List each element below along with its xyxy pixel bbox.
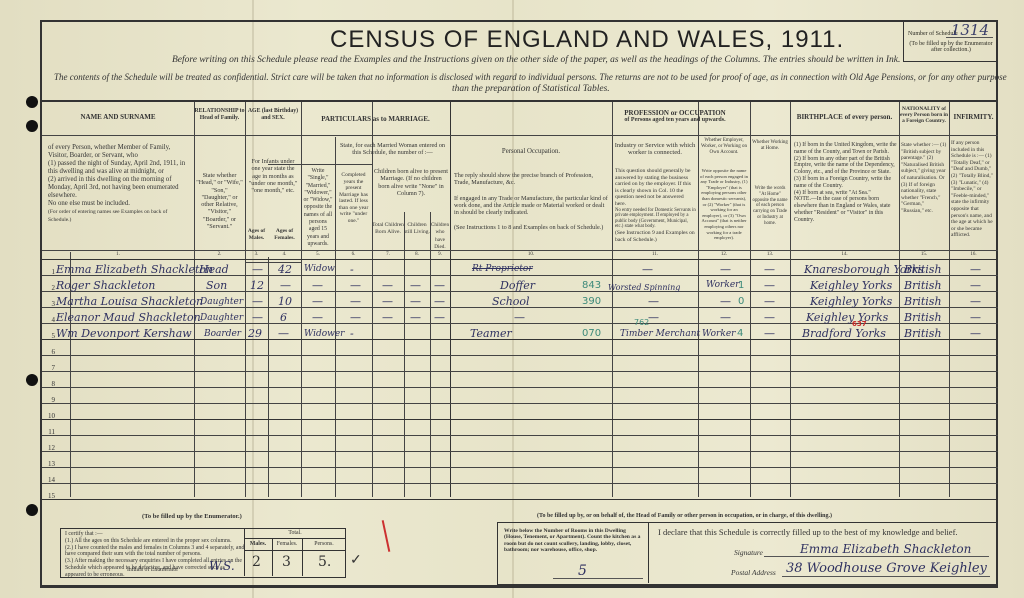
personal-instruction-3: (See Instructions 1 to 8 and Examples on… — [454, 224, 609, 231]
row-number: 13 — [45, 460, 55, 468]
row-rule — [42, 355, 998, 356]
entry-nationality: British — [904, 311, 942, 324]
birthplace-instruction-1: (1) If born in the United Kingdom, write… — [794, 142, 897, 156]
col-divider — [335, 137, 336, 497]
col-number: 13. — [750, 252, 790, 257]
divider — [244, 538, 346, 539]
declaration-text: I declare that this Schedule is correctl… — [658, 527, 958, 537]
entry-relation: Boarder — [204, 329, 241, 339]
entry-occupation-code: 390 — [582, 296, 601, 307]
row-number: 12 — [45, 444, 55, 452]
entry-employer-code: 4 — [737, 328, 743, 339]
col-number: 16. — [949, 252, 998, 257]
entry-children-living: — — [410, 279, 421, 292]
entry-infirmity: — — [970, 295, 981, 308]
divider — [302, 538, 303, 576]
total-label: Total. — [244, 530, 346, 537]
entry-nationality: British — [904, 295, 942, 308]
col-divider — [750, 102, 751, 497]
certify-item-2: (2.) I have counted the males and female… — [65, 545, 245, 559]
census-schedule-page: CENSUS OF ENGLAND AND WALES, 1911. Befor… — [0, 0, 1024, 598]
entry-age-female: 6 — [280, 311, 287, 324]
entry-children-died: — — [434, 279, 445, 292]
entry-relation: Head — [199, 263, 229, 276]
industry-instruction-2: No entry needed for Domestic Servants in… — [615, 208, 696, 230]
industry-instruction-3: (See Instruction 9 and Examples on back … — [615, 230, 696, 243]
check-mark: ✓ — [350, 552, 362, 568]
col-number: 8. — [404, 252, 430, 257]
row-number: 14 — [45, 476, 55, 484]
col-age-females: Ages of Females. — [268, 228, 301, 243]
col-marital-status-instructions: Write "Single," "Married," "Widower," or… — [303, 168, 333, 248]
col-marriage-header: PARTICULARS as to MARRIAGE. — [301, 116, 450, 123]
col-number: 7. — [372, 252, 404, 257]
industry-instructions: This question should generally be answer… — [615, 168, 696, 243]
punch-hole — [26, 504, 38, 516]
confidential-line: The contents of the Schedule will be tre… — [54, 72, 1007, 82]
entry-age-female: — — [280, 279, 291, 292]
entry-age-male: 12 — [250, 279, 264, 292]
entry-birthplace: Bradford Yorks — [802, 327, 886, 340]
employer-instructions: Write opposite the name of each person e… — [700, 168, 748, 241]
entry-employer: — — [720, 311, 731, 324]
entry-relation: Daughter — [200, 297, 243, 307]
col-number: 1. — [42, 252, 194, 257]
census-table: NAME AND SURNAME of every Person, whethe… — [42, 100, 998, 497]
entry-name: Emma Elizabeth Shackleton — [56, 263, 213, 276]
entry-children-living: — — [410, 295, 421, 308]
occupier-box: Write below the Number of Rooms in this … — [497, 522, 997, 585]
col-divider — [372, 102, 373, 497]
name-instruction-3: (2) arrived in this dwelling on the morn… — [48, 176, 190, 200]
punch-hole — [26, 96, 38, 108]
entry-employer-code: 0 — [738, 296, 744, 307]
col-personal-occupation: Personal Occupation. — [450, 148, 612, 155]
birthplace-instructions: (1) If born in the United Kingdom, write… — [794, 142, 897, 224]
col-children-header: Children born alive to present Marriage.… — [374, 168, 448, 197]
entry-birthplace: Keighley Yorks — [810, 295, 892, 308]
row-number: 1 — [45, 268, 55, 276]
entry-occupation: — — [514, 311, 525, 324]
entry-relation: Son — [206, 279, 227, 292]
col-number: 4. — [268, 252, 301, 257]
col-number: 14. — [790, 252, 899, 257]
row-number: 4 — [45, 316, 55, 324]
entry-age-male: — — [252, 311, 263, 324]
home-instructions: Write the words "At Home" opposite the n… — [752, 186, 788, 227]
entry-marital-status: Widower — [304, 329, 344, 339]
col-industry: Industry or Service with which worker is… — [614, 142, 696, 157]
row-number: 10 — [45, 412, 55, 420]
row-number: 2 — [45, 284, 55, 292]
col-name-header: NAME AND SURNAME — [42, 114, 194, 121]
entry-marital-status: — — [312, 295, 323, 308]
entry-relation: Daughter — [200, 313, 243, 323]
name-instruction-1: of every Person, whether Member of Famil… — [48, 144, 190, 160]
confidential-line-2: than the preparation of Statistical Tabl… — [452, 84, 610, 94]
entry-children-living: — — [410, 311, 421, 324]
name-instruction-5: (For order of entering names see Example… — [48, 208, 190, 224]
entry-name: Roger Shackleton — [56, 279, 155, 292]
header-rule — [42, 135, 998, 136]
signature-line — [764, 556, 989, 557]
personal-occupation-instructions: The reply should show the precise branch… — [454, 172, 609, 232]
personal-instruction-2: If engaged in any Trade or Manufacture, … — [454, 195, 609, 217]
entry-occupation-code: 843 — [582, 280, 601, 291]
rooms-line — [553, 578, 643, 579]
entry-age-female: — — [278, 327, 289, 340]
entry-home: — — [764, 263, 775, 276]
row-rule — [42, 435, 998, 436]
entry-home: — — [764, 279, 775, 292]
entry-years-married: - — [350, 327, 354, 340]
col-divider — [301, 102, 302, 497]
col-divider — [899, 102, 900, 497]
address-label: Postal Address — [731, 568, 776, 577]
col-divider — [268, 257, 269, 497]
row-number: 7 — [45, 364, 55, 372]
entry-occupation-code: 070 — [582, 328, 601, 339]
rooms-instructions: Write below the Number of Rooms in this … — [504, 528, 644, 554]
entry-name: Wm Devonport Kershaw — [56, 327, 192, 340]
schedule-number: 1314 — [951, 21, 989, 39]
row-rule — [42, 419, 998, 420]
total-males: 2 — [252, 554, 261, 570]
certify-item-1: (1.) All the ages on this Schedule are e… — [65, 538, 245, 545]
entry-home: — — [764, 311, 775, 324]
col-divider — [450, 102, 451, 497]
header-rule — [42, 250, 998, 251]
entry-industry: — — [648, 311, 659, 324]
entry-industry: — — [648, 295, 659, 308]
entry-employer: — — [720, 263, 731, 276]
col-number: 12. — [698, 252, 750, 257]
industry-instruction-1: This question should generally be answer… — [615, 168, 696, 208]
entry-name: Martha Louisa Shackleton — [56, 295, 203, 308]
entry-industry-code: 762 — [634, 318, 649, 327]
col-age-instructions: For Infants under one year state the age… — [247, 158, 299, 194]
col-number: 6. — [335, 252, 372, 257]
birthplace-instruction-3: (3) If born in a Foreign Country, write … — [794, 176, 897, 190]
divider — [272, 538, 273, 576]
infirmity-instructions: If any person included in this Schedule … — [951, 140, 996, 239]
entry-occupation: Doffer — [500, 279, 535, 292]
col-number: 9. — [430, 252, 450, 257]
col-infirmity-header: INFIRMITY. — [949, 114, 998, 121]
entry-occupation: School — [492, 295, 530, 308]
col-children-living: Children still Living. — [404, 222, 430, 237]
enumerator-caption: (To be filled up by the Enumerator.) — [142, 513, 242, 520]
header-rule — [42, 259, 998, 260]
entry-age-male: — — [252, 295, 263, 308]
page-title: CENSUS OF ENGLAND AND WALES, 1911. — [330, 26, 844, 54]
certify-label: I certify that :— — [65, 531, 245, 538]
entry-nationality: British — [904, 263, 942, 276]
enumerator-initials: W.S. — [209, 559, 235, 573]
spacer — [454, 187, 609, 195]
entry-marital-status: Widow — [304, 264, 335, 274]
row-rule — [42, 371, 998, 372]
entry-years-married: - — [350, 263, 354, 276]
persons-label: Persons. — [302, 541, 346, 548]
col-relationship-instructions: State whether "Head," or "Wife," "Son," … — [196, 172, 243, 230]
entry-employer: Worker — [702, 329, 735, 339]
col-divider — [245, 102, 246, 497]
col-number: 10. — [450, 252, 612, 257]
entry-home: — — [764, 295, 775, 308]
col-number: 15. — [899, 252, 949, 257]
entry-nationality: British — [904, 327, 942, 340]
entry-marital-status: — — [312, 279, 323, 292]
name-instruction-2: (1) passed the night of Sunday, April 2n… — [48, 160, 190, 176]
entry-birthplace: Keighley Yorks — [810, 279, 892, 292]
col-nationality-header: NATIONALITY of every Person born in a Fo… — [899, 106, 949, 124]
row-rule — [42, 451, 998, 452]
entry-children-died: — — [434, 311, 445, 324]
col-relationship-header: RELATIONSHIP to Head of Family. — [194, 108, 245, 121]
divider — [244, 550, 346, 551]
col-birthplace-header: BIRTHPLACE of every person. — [790, 114, 899, 121]
entry-children-born: — — [382, 279, 393, 292]
rooms-count: 5 — [578, 563, 587, 579]
row-rule — [42, 387, 998, 388]
row-number: 5 — [45, 332, 55, 340]
entry-children-born: — — [382, 295, 393, 308]
punch-hole — [26, 374, 38, 386]
row-number: 15 — [45, 492, 55, 500]
col-divider — [790, 102, 791, 497]
totals-box: Total. Males. Females. Persons. 2 3 5. — [244, 528, 346, 578]
col-children-died: Children who have Died. — [430, 222, 450, 251]
row-number: 3 — [45, 300, 55, 308]
entry-age-male: — — [252, 263, 263, 276]
row-number: 8 — [45, 380, 55, 388]
entry-marital-status: — — [312, 311, 323, 324]
postal-address: 38 Woodhouse Grove Keighley — [786, 561, 987, 576]
entry-industry: Timber Merchant — [620, 329, 700, 339]
entry-occupation: Rt Proprietor — [472, 264, 533, 274]
col-number: 2. — [194, 252, 245, 257]
col-number: 5. — [301, 252, 335, 257]
row-number: 6 — [45, 348, 55, 356]
spacer — [454, 216, 609, 224]
schedule-number-note: (To be filled up by the Enumerator after… — [908, 41, 994, 53]
col-employer-status: Whether Employer, Worker, or Working on … — [700, 138, 748, 156]
entry-occupation: Teamer — [470, 327, 512, 340]
col-divider — [949, 102, 950, 497]
col-name-instructions: of every Person, whether Member of Famil… — [48, 144, 190, 224]
row-rule — [42, 499, 998, 500]
entry-infirmity: — — [970, 327, 981, 340]
males-label: Males. — [244, 541, 272, 548]
entry-employer-code: 1 — [738, 280, 744, 291]
entry-children-died: — — [434, 295, 445, 308]
instruction-line: Before writing on this Schedule please r… — [172, 55, 900, 65]
entry-years-married: — — [350, 279, 361, 292]
birthplace-instruction-2: (2) If born in any other part of the Bri… — [794, 156, 897, 176]
entry-nationality: British — [904, 279, 942, 292]
col-married-women-header: State, for each Married Woman entered on… — [337, 142, 448, 157]
entry-infirmity: — — [970, 311, 981, 324]
entry-employer: — — [720, 295, 731, 308]
row-number: 11 — [45, 428, 55, 436]
address-line — [782, 576, 990, 577]
entry-birthplace: Keighley Yorks — [806, 311, 888, 324]
punch-hole — [26, 120, 38, 132]
divider — [648, 523, 649, 583]
nationality-instructions: State whether :— (1) "British subject by… — [901, 142, 948, 215]
total-females: 3 — [282, 554, 291, 570]
col-divider — [698, 102, 699, 497]
personal-instruction-1: The reply should show the precise branch… — [454, 172, 609, 187]
signature-label: Signature — [734, 548, 763, 557]
schedule-number-box: Number of Schedule 1314 (To be filled up… — [903, 20, 998, 62]
total-persons: 5. — [318, 554, 331, 570]
entry-employer: Worker — [706, 280, 739, 290]
entry-years-married: — — [350, 295, 361, 308]
entry-name: Eleanor Maud Shackleton — [56, 311, 201, 324]
entry-children-born: — — [382, 311, 393, 324]
entry-age-female: 10 — [278, 295, 292, 308]
initials-label: Initials of Enumerator — [127, 567, 178, 574]
row-rule — [42, 467, 998, 468]
row-rule — [42, 483, 998, 484]
col-number: 3. — [245, 252, 268, 257]
entry-infirmity: — — [970, 279, 981, 292]
col-age-header: AGE (last Birthday) and SEX. — [245, 108, 301, 121]
col-children-born: Total Children Born Alive. — [372, 222, 404, 237]
col-age-males: Ages of Males. — [245, 228, 268, 243]
entry-home: — — [764, 327, 775, 340]
entry-age-female: 42 — [278, 263, 292, 276]
occupier-caption: (To be filled up by, or on behalf of, th… — [537, 513, 832, 519]
name-instruction-4: No one else must be included. — [48, 200, 190, 208]
col-years-married: Completed years the present Marriage has… — [337, 172, 370, 224]
females-label: Females. — [272, 541, 302, 548]
row-number: 9 — [45, 396, 55, 404]
entry-birthplace-code: 637 — [852, 320, 867, 328]
entry-industry: Worsted Spinning — [608, 283, 680, 292]
col-number: 11. — [612, 252, 698, 257]
birthplace-note: NOTE.—In the case of persons born elsewh… — [794, 196, 897, 223]
entry-industry: — — [642, 263, 653, 276]
entry-age-male: 29 — [248, 327, 262, 340]
entry-infirmity: — — [970, 263, 981, 276]
col-divider — [612, 102, 613, 497]
row-rule — [42, 403, 998, 404]
signature: Emma Elizabeth Shackleton — [800, 542, 971, 556]
col-working-at-home: Whether Working at Home. — [750, 140, 790, 152]
entry-years-married: — — [350, 311, 361, 324]
